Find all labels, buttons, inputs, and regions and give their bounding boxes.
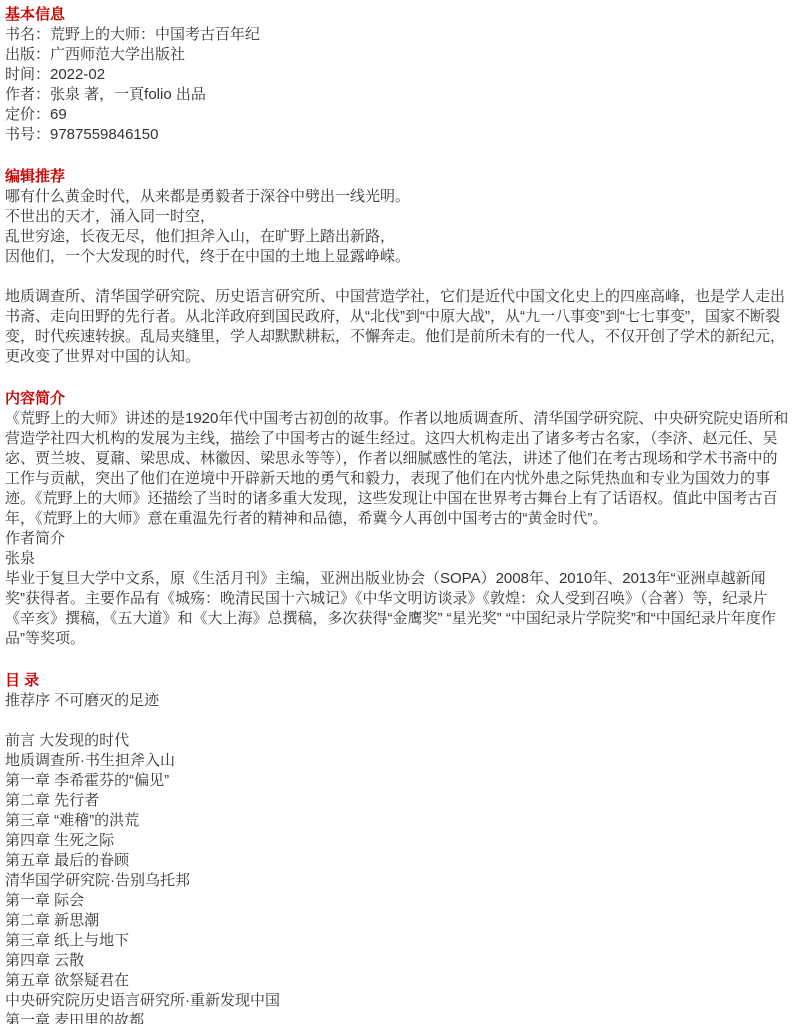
- toc-item: 第三章 “难稽”的洪荒: [5, 811, 792, 831]
- editor-recommendation-heading: 编辑推荐: [5, 167, 792, 187]
- toc-list: 前言 大发现的时代地质调查所·书生担斧入山第一章 李希霍芬的“偏见”第二章 先行…: [5, 731, 792, 1024]
- recommendation-line: 乱世穷途，长夜无尽，他们担斧入山，在旷野上踏出新路，: [5, 227, 792, 247]
- info-line: 书名：荒野上的大师：中国考古百年纪: [5, 25, 792, 45]
- toc-item: 第一章 际会: [5, 891, 792, 911]
- toc-item: 第一章 麦田里的故都: [5, 1011, 792, 1024]
- toc-item: 第五章 最后的眷顾: [5, 851, 792, 871]
- toc-item: 第四章 云散: [5, 951, 792, 971]
- info-line: 作者：张泉 著，一頁folio 出品: [5, 85, 792, 105]
- content-intro-section: 内容简介 《荒野上的大师》讲述的是1920年代中国考古初创的故事。作者以地质调查…: [5, 389, 792, 649]
- toc-item: 地质调查所·书生担斧入山: [5, 751, 792, 771]
- basic-info-section: 基本信息 书名：荒野上的大师：中国考古百年纪出版：广西师范大学出版社时间：202…: [5, 5, 792, 145]
- toc-item: 第三章 纸上与地下: [5, 931, 792, 951]
- toc-heading: 目 录: [5, 671, 792, 691]
- recommendation-line: 因他们，一个大发现的时代，终于在中国的土地上显露峥嵘。: [5, 247, 792, 267]
- editor-recommendation-section: 编辑推荐 哪有什么黄金时代，从来都是勇毅者于深谷中劈出一线光明。不世出的天才，涌…: [5, 167, 792, 367]
- book-detail-page: 基本信息 书名：荒野上的大师：中国考古百年纪出版：广西师范大学出版社时间：202…: [0, 0, 800, 1024]
- recommendation-line: 哪有什么黄金时代，从来都是勇毅者于深谷中劈出一线光明。: [5, 187, 792, 207]
- toc-item: 第二章 先行者: [5, 791, 792, 811]
- info-line: 定价：69: [5, 105, 792, 125]
- author-name: 张泉: [5, 549, 792, 569]
- author-label: 作者简介: [5, 529, 792, 549]
- info-line: 书号：9787559846150: [5, 125, 792, 145]
- content-intro-heading: 内容简介: [5, 389, 792, 409]
- toc-item: 第一章 李希霍芬的“偏见”: [5, 771, 792, 791]
- toc-item: 第五章 欲祭疑君在: [5, 971, 792, 991]
- toc-item: 第二章 新思潮: [5, 911, 792, 931]
- toc-section: 目 录 推荐序 不可磨灭的足迹 前言 大发现的时代地质调查所·书生担斧入山第一章…: [5, 671, 792, 1024]
- toc-preface-line: 推荐序 不可磨灭的足迹: [5, 691, 792, 711]
- author-bio-paragraph: 毕业于复旦大学中文系，原《生活月刊》主编，亚洲出版业协会（SOPA）2008年、…: [5, 569, 792, 649]
- toc-item: 清华国学研究院·告别乌托邦: [5, 871, 792, 891]
- toc-item: 第四章 生死之际: [5, 831, 792, 851]
- recommendation-paragraph: 地质调查所、清华国学研究院、历史语言研究所、中国营造学社，它们是近代中国文化史上…: [5, 287, 792, 367]
- content-intro-paragraph: 《荒野上的大师》讲述的是1920年代中国考古初创的故事。作者以地质调查所、清华国…: [5, 409, 792, 529]
- toc-item: 中央研究院历史语言研究所·重新发现中国: [5, 991, 792, 1011]
- recommendation-line: 不世出的天才，涌入同一时空，: [5, 207, 792, 227]
- toc-item: 前言 大发现的时代: [5, 731, 792, 751]
- basic-info-lines: 书名：荒野上的大师：中国考古百年纪出版：广西师范大学出版社时间：2022-02作…: [5, 25, 792, 145]
- info-line: 出版：广西师范大学出版社: [5, 45, 792, 65]
- info-line: 时间：2022-02: [5, 65, 792, 85]
- basic-info-heading: 基本信息: [5, 5, 792, 25]
- recommendation-lines: 哪有什么黄金时代，从来都是勇毅者于深谷中劈出一线光明。不世出的天才，涌入同一时空…: [5, 187, 792, 267]
